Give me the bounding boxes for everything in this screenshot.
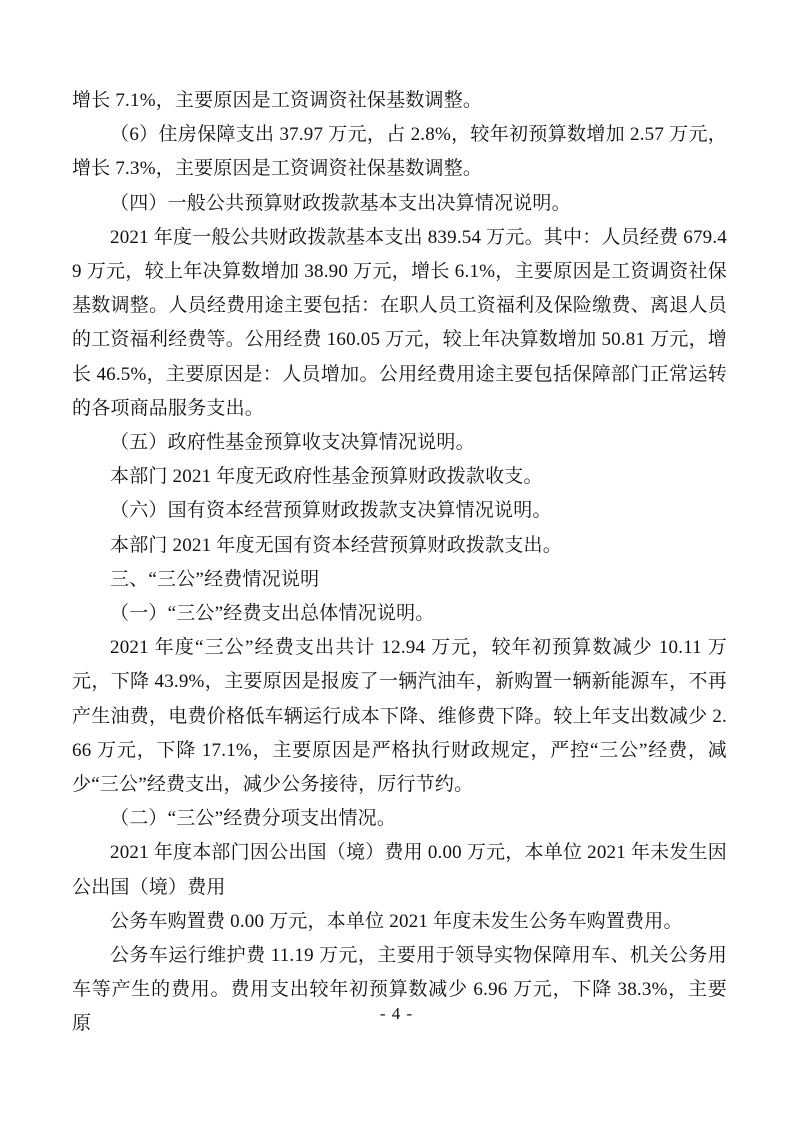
body-paragraph: 增长 7.1%，主要原因是工资调资社保基数调整。 <box>72 84 727 118</box>
document-body: 增长 7.1%，主要原因是工资调资社保基数调整。 （6）住房保障支出 37.97… <box>72 84 727 1042</box>
body-paragraph: （6）住房保障支出 37.97 万元，占 2.8%，较年初预算数增加 2.57 … <box>72 118 727 186</box>
chapter-heading-paragraph: 三、“三公”经费情况说明 <box>72 563 727 597</box>
body-paragraph: 2021 年度本部门因公出国（境）费用 0.00 万元，本单位 2021 年未发… <box>72 836 727 904</box>
section-heading-paragraph: （五）政府性基金预算收支决算情况说明。 <box>72 426 727 460</box>
section-heading-paragraph: （四）一般公共预算财政拨款基本支出决算情况说明。 <box>72 187 727 221</box>
document-page: 增长 7.1%，主要原因是工资调资社保基数调整。 （6）住房保障支出 37.97… <box>0 0 793 1122</box>
body-paragraph: 2021 年度一般公共财政拨款基本支出 839.54 万元。其中：人员经费 67… <box>72 221 727 426</box>
body-paragraph: 2021 年度“三公”经费支出共计 12.94 万元，较年初预算数减少 10.1… <box>72 631 727 802</box>
section-heading-paragraph: （二）“三公”经费分项支出情况。 <box>72 802 727 836</box>
body-paragraph: 本部门 2021 年度无政府性基金预算财政拨款收支。 <box>72 460 727 494</box>
body-paragraph: 本部门 2021 年度无国有资本经营预算财政拨款支出。 <box>72 529 727 563</box>
body-paragraph: 公务车运行维护费 11.19 万元，主要用于领导实物保障用车、机关公务用车等产生… <box>72 939 727 1042</box>
page-number: - 4 - <box>0 1003 793 1025</box>
section-heading-paragraph: （六）国有资本经营预算财政拨款支决算情况说明。 <box>72 494 727 528</box>
body-paragraph: 公务车购置费 0.00 万元，本单位 2021 年度未发生公务车购置费用。 <box>72 905 727 939</box>
section-heading-paragraph: （一）“三公”经费支出总体情况说明。 <box>72 597 727 631</box>
